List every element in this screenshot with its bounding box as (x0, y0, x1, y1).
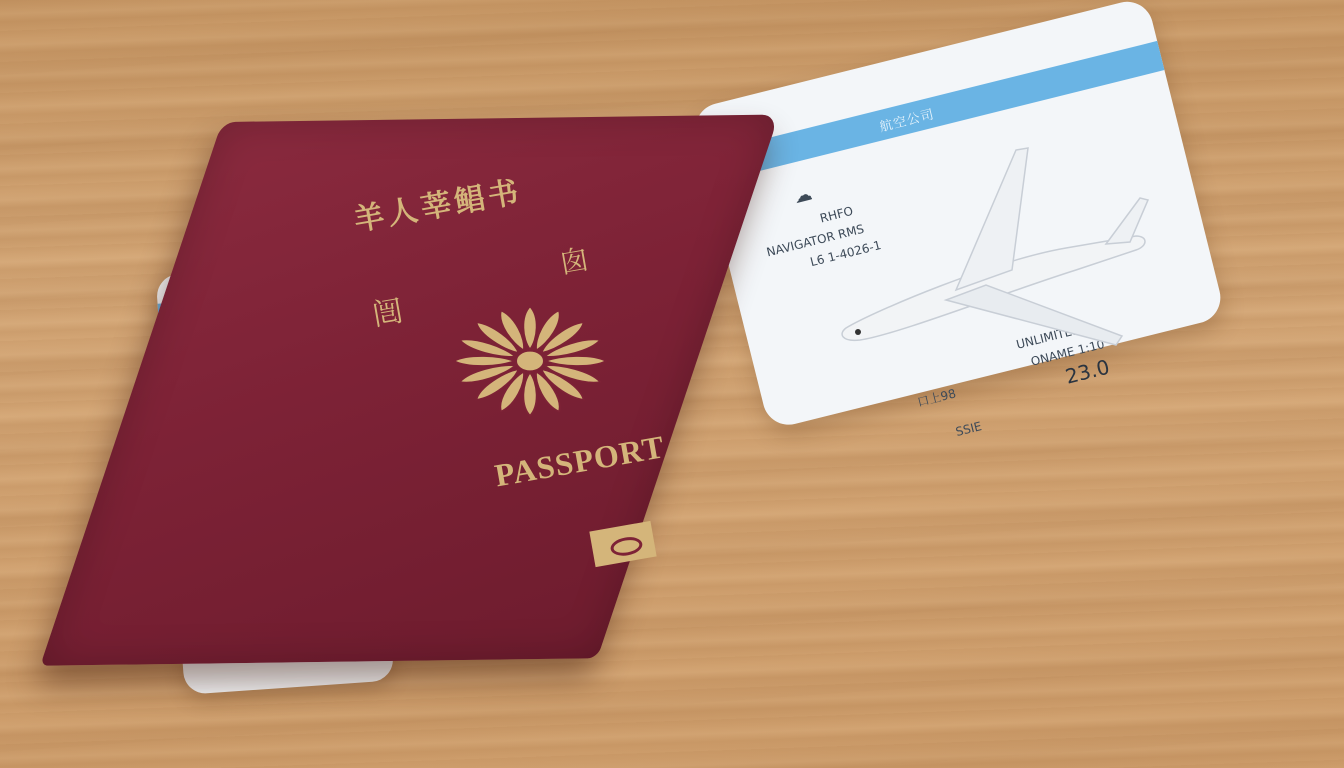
chrysanthemum-emblem-icon (450, 302, 610, 420)
ticket-header-text: 航空公司 (877, 103, 936, 135)
ticket-line: SSIE (954, 419, 983, 439)
ticket-line: 口上98 (915, 384, 957, 410)
photo-scene: B S — 臣 航空公司 ☁ RHFO NAVIGATOR RMS L6 1-4… (0, 0, 1344, 768)
toy-airplane (836, 140, 1156, 360)
